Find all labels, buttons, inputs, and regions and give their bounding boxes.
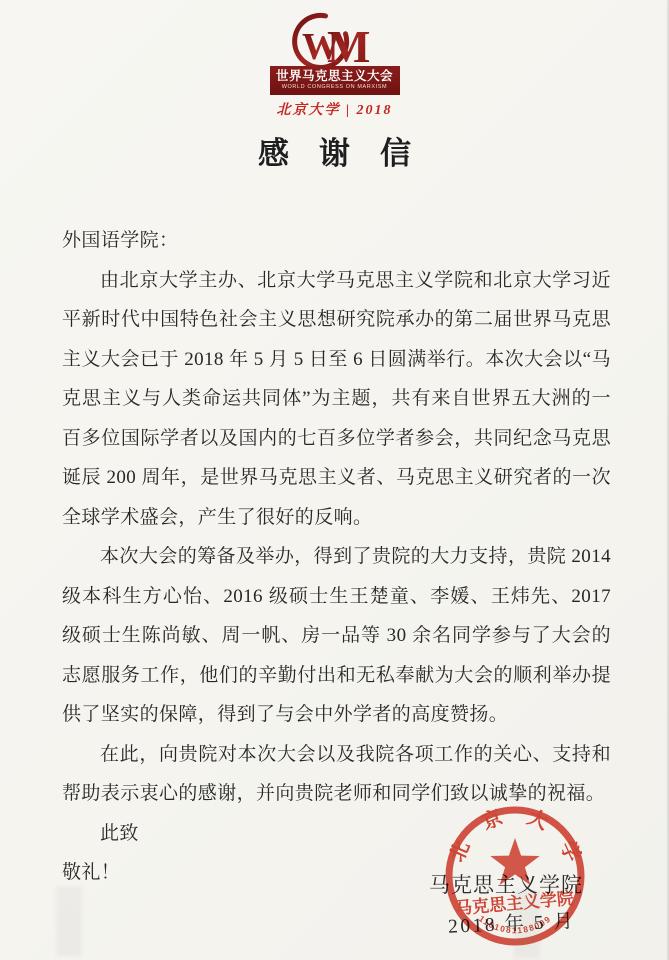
logo-banner-title: 世界马克思主义大会 <box>274 69 396 83</box>
wm-monogram-icon: W M <box>280 10 390 68</box>
logo-banner-subtitle: WORLD CONGRESS ON MARXISM <box>274 83 396 91</box>
paragraph-2: 本次大会的筹备及举办，得到了贵院的大力支持，贵院 2014 级本科生方心怡、20… <box>62 537 611 735</box>
congress-logo: W M 世界马克思主义大会 WORLD CONGRESS ON MARXISM … <box>0 10 669 119</box>
letter-title: 感谢信 <box>0 128 669 173</box>
logo-tagline: 北京大学 | 2018 <box>0 99 669 119</box>
letter-page: W M 世界马克思主义大会 WORLD CONGRESS ON MARXISM … <box>0 0 669 960</box>
seal-star-icon <box>490 838 539 885</box>
seal-org-text: 马克思主义学院 <box>454 888 574 918</box>
salutation: 外国语学院： <box>62 221 611 261</box>
letter-body: 外国语学院： 由北京大学主办、北京大学马克思主义学院和北京大学习近平新时代中国特… <box>62 221 611 893</box>
monogram-m: M <box>327 21 370 68</box>
seal-serial-number: 1101081188009 <box>477 913 553 935</box>
logo-banner: 世界马克思主义大会 WORLD CONGRESS ON MARXISM <box>270 66 400 95</box>
seal-ring <box>449 810 581 942</box>
paragraph-1: 由北京大学主办、北京大学马克思主义学院和北京大学习近平新时代中国特色社会主义思想… <box>62 261 611 538</box>
official-seal: 北 京 大 学 马克思主义学院 1101081188009 <box>440 802 590 954</box>
scan-smudge <box>56 888 82 958</box>
